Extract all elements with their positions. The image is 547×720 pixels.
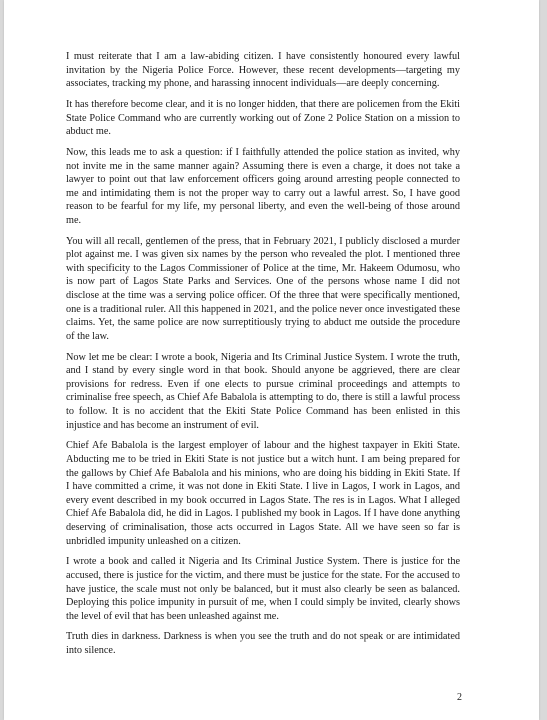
- document-page: I must reiterate that I am a law-abiding…: [4, 0, 539, 720]
- page-number: 2: [452, 692, 462, 703]
- paragraph-6: Chief Afe Babalola is the largest employ…: [66, 439, 460, 548]
- paragraph-7: I wrote a book and called it Nigeria and…: [66, 555, 460, 623]
- paragraph-3: Now, this leads me to ask a question: if…: [66, 146, 460, 228]
- paragraph-5: Now let me be clear: I wrote a book, Nig…: [66, 351, 460, 433]
- paragraph-2: It has therefore become clear, and it is…: [66, 98, 460, 139]
- paragraph-1: I must reiterate that I am a law-abiding…: [66, 50, 460, 91]
- paragraph-4: You will all recall, gentlemen of the pr…: [66, 235, 460, 344]
- paragraph-8: Truth dies in darkness. Darkness is when…: [66, 630, 460, 657]
- document-body: I must reiterate that I am a law-abiding…: [66, 50, 460, 665]
